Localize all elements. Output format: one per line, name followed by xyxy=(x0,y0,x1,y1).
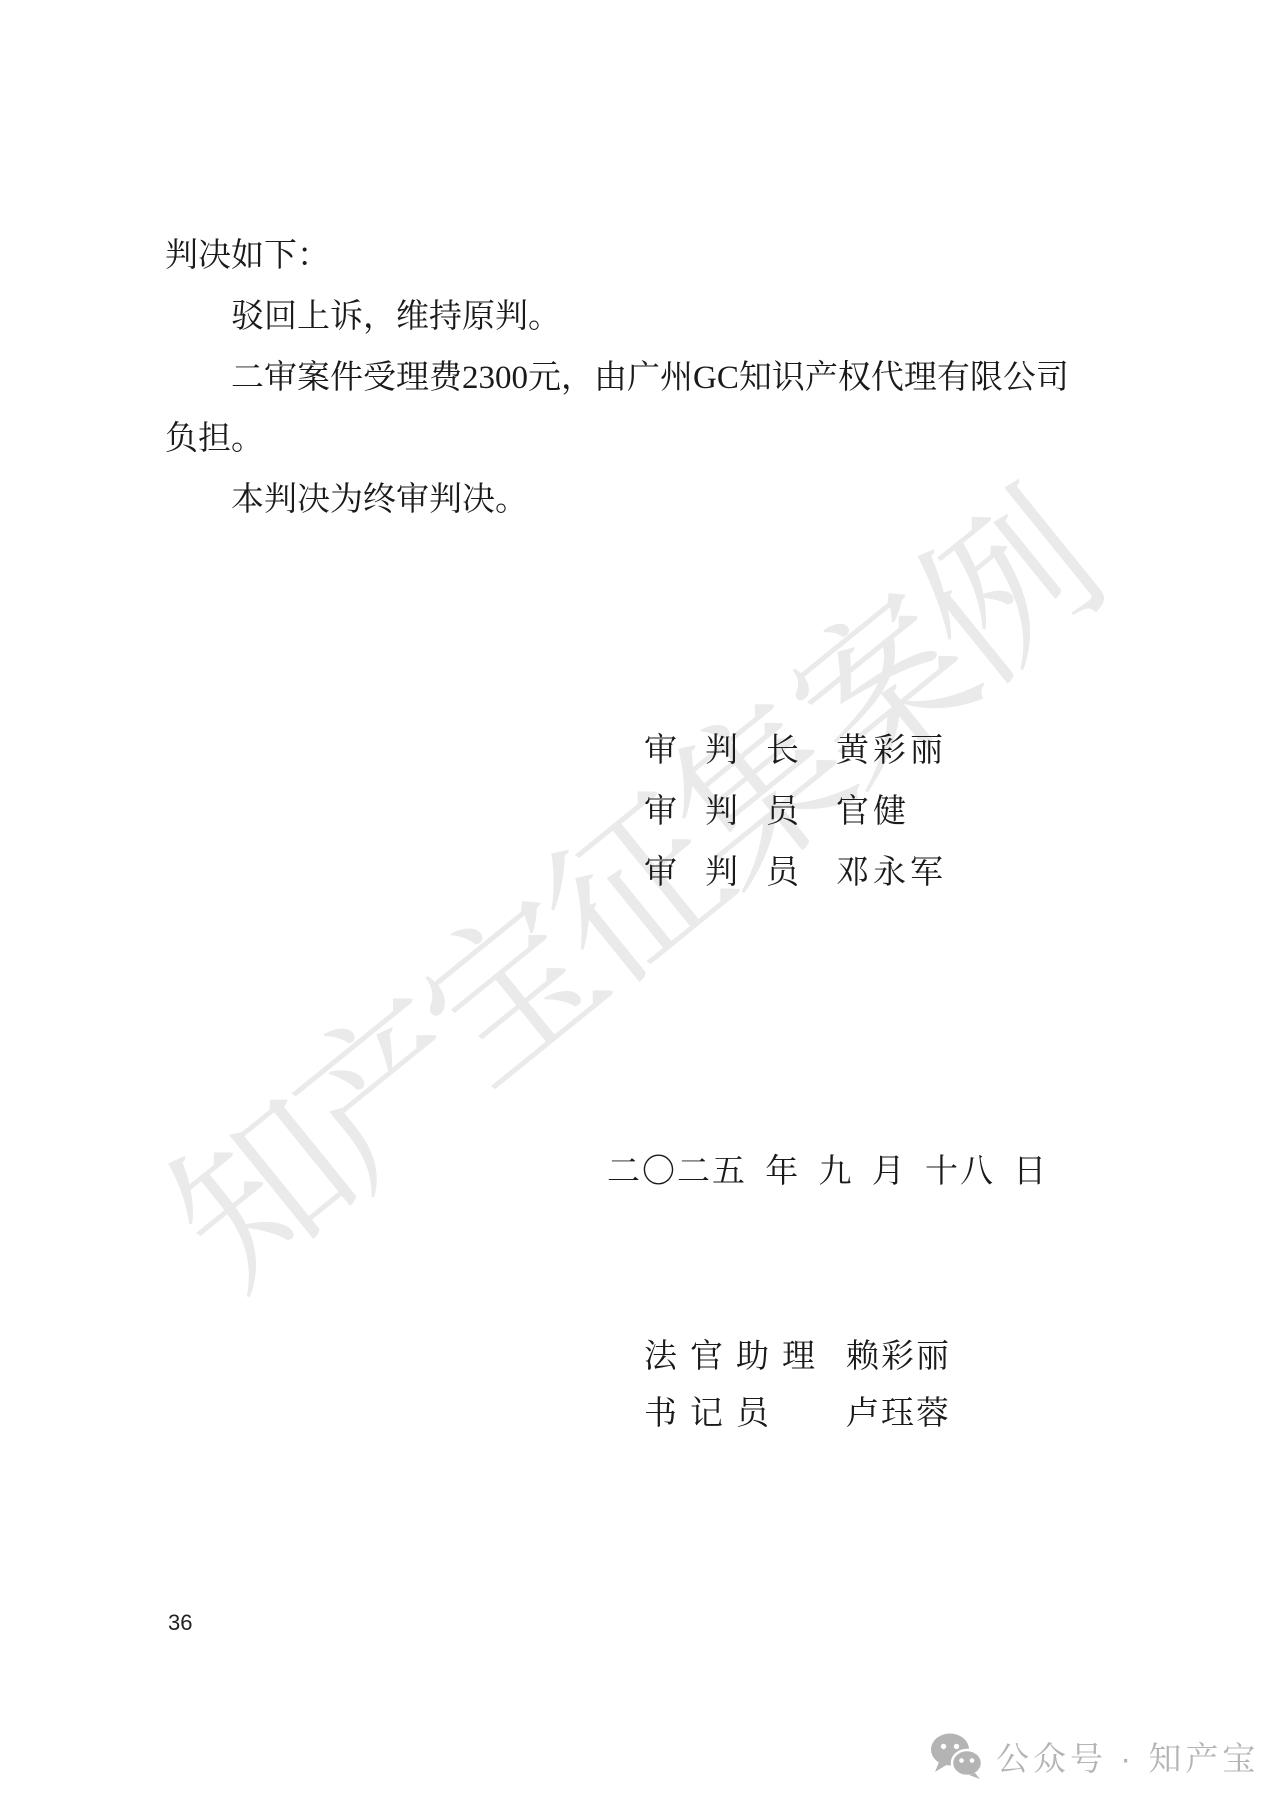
judgment-body: 判决如下： 驳回上诉，维持原判。 二审案件受理费2300元，由广州GC知识产权代… xyxy=(165,226,1085,531)
staff-name: 赖彩丽 xyxy=(846,1329,951,1386)
staff-name: 卢珏蓉 xyxy=(846,1386,951,1443)
staff-signature-block: 法官助理 赖彩丽 书记员 卢珏蓉 xyxy=(644,1329,1074,1443)
judge-name: 官健 xyxy=(836,782,910,843)
judge-name: 邓永军 xyxy=(836,843,947,904)
judge-role-label: 审判员 xyxy=(644,794,827,830)
clerk-row: 书记员 卢珏蓉 xyxy=(644,1386,1074,1443)
judge-role-label: 审判长 xyxy=(644,733,827,769)
judges-signature-block: 审判长 黄彩丽 审判员 官健 审判员 邓永军 xyxy=(644,721,1074,904)
wechat-icon xyxy=(930,1732,984,1780)
footer-label: 公众号 · 知产宝 xyxy=(996,1733,1259,1780)
presiding-judge-row: 审判长 黄彩丽 xyxy=(644,721,1074,782)
judge-row: 审判员 官健 xyxy=(644,782,1074,843)
body-line: 本判决为终审判决。 xyxy=(165,470,1085,531)
judge-row: 审判员 邓永军 xyxy=(644,843,1074,904)
footer-brand: 公众号 · 知产宝 xyxy=(930,1732,1259,1780)
staff-role-label: 书记员 xyxy=(644,1396,782,1432)
staff-role-label: 法官助理 xyxy=(644,1339,828,1375)
judgment-date: 二〇二五 年 九 月 十八 日 xyxy=(607,1151,1048,1193)
judge-role-label: 审判员 xyxy=(644,855,827,891)
judge-name: 黄彩丽 xyxy=(836,721,947,782)
body-line: 二审案件受理费2300元，由广州GC知识产权代理有限公司 xyxy=(165,348,1085,409)
body-line: 驳回上诉，维持原判。 xyxy=(165,287,1085,348)
judgment-page: 知产宝征集案例 判决如下： 驳回上诉，维持原判。 二审案件受理费2300元，由广… xyxy=(0,0,1280,1810)
body-line: 判决如下： xyxy=(165,226,1085,287)
page-content: 判决如下： 驳回上诉，维持原判。 二审案件受理费2300元，由广州GC知识产权代… xyxy=(0,0,1280,1810)
page-number: 36 xyxy=(168,1610,192,1636)
assistant-row: 法官助理 赖彩丽 xyxy=(644,1329,1074,1386)
body-line: 负担。 xyxy=(165,409,1085,470)
